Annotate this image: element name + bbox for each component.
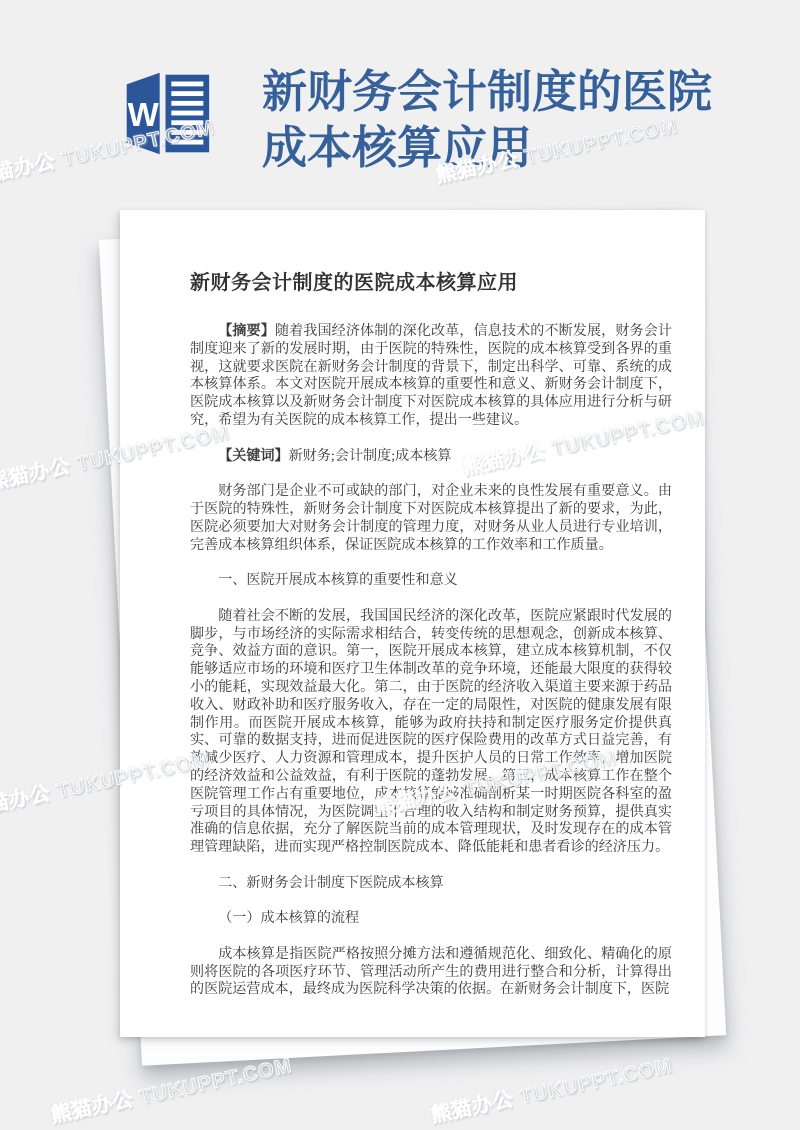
document-title: 新财务会计制度的医院成本核算应用 xyxy=(190,270,672,296)
document-para-2: 财务部门是企业不可或缺的部门，对企业未来的良性发展有重要意义。由于医院的特殊性，… xyxy=(190,483,672,554)
document-heading-3: 一、医院开展成本核算的重要性和意义 xyxy=(190,572,672,590)
word-logo-letter: W xyxy=(128,96,160,133)
word-logo-icon: W xyxy=(117,64,214,163)
document-heading-5: 二、新财务会计制度下医院成本核算 xyxy=(190,875,672,893)
document-heading2-6: （一）成本核算的流程 xyxy=(190,910,672,928)
document-para-0: 【摘要】随着我国经济体制的深化改革，信息技术的不断发展，财务会计制度迎来了新的发… xyxy=(190,323,672,430)
site-watermark-7: 熊猫办公 TUKUPPT.COM xyxy=(428,1049,675,1129)
document-page: 新财务会计制度的医院成本核算应用 【摘要】随着我国经济体制的深化改革，信息技术的… xyxy=(120,210,705,1037)
page-title-line2: 成本核算应用 xyxy=(262,123,532,173)
document-body: 【摘要】随着我国经济体制的深化改革，信息技术的不断发展，财务会计制度迎来了新的发… xyxy=(190,323,672,999)
paragraph-label: 【关键词】 xyxy=(218,448,288,464)
page-title-line1: 新财务会计制度的医院 xyxy=(262,67,712,117)
paragraph-label: 【摘要】 xyxy=(218,323,275,339)
page-title: 新财务会计制度的医院成本核算应用 xyxy=(262,64,732,176)
document-para-1: 【关键词】新财务;会计制度;成本核算 xyxy=(190,448,672,466)
document-para-7: 成本核算是指医院严格按照分摊方法和遵循规范化、细致化、精确化的原则将医院的各项医… xyxy=(190,946,672,999)
document-para-4: 随着社会不断的发展，我国国民经济的深化改革，医院应紧跟时代发展的脚步，与市场经济… xyxy=(190,608,672,857)
page-canvas: W 新财务会计制度的医院成本核算应用 新财务会计制度的医院成本核算应用 【摘要】… xyxy=(0,0,800,1130)
